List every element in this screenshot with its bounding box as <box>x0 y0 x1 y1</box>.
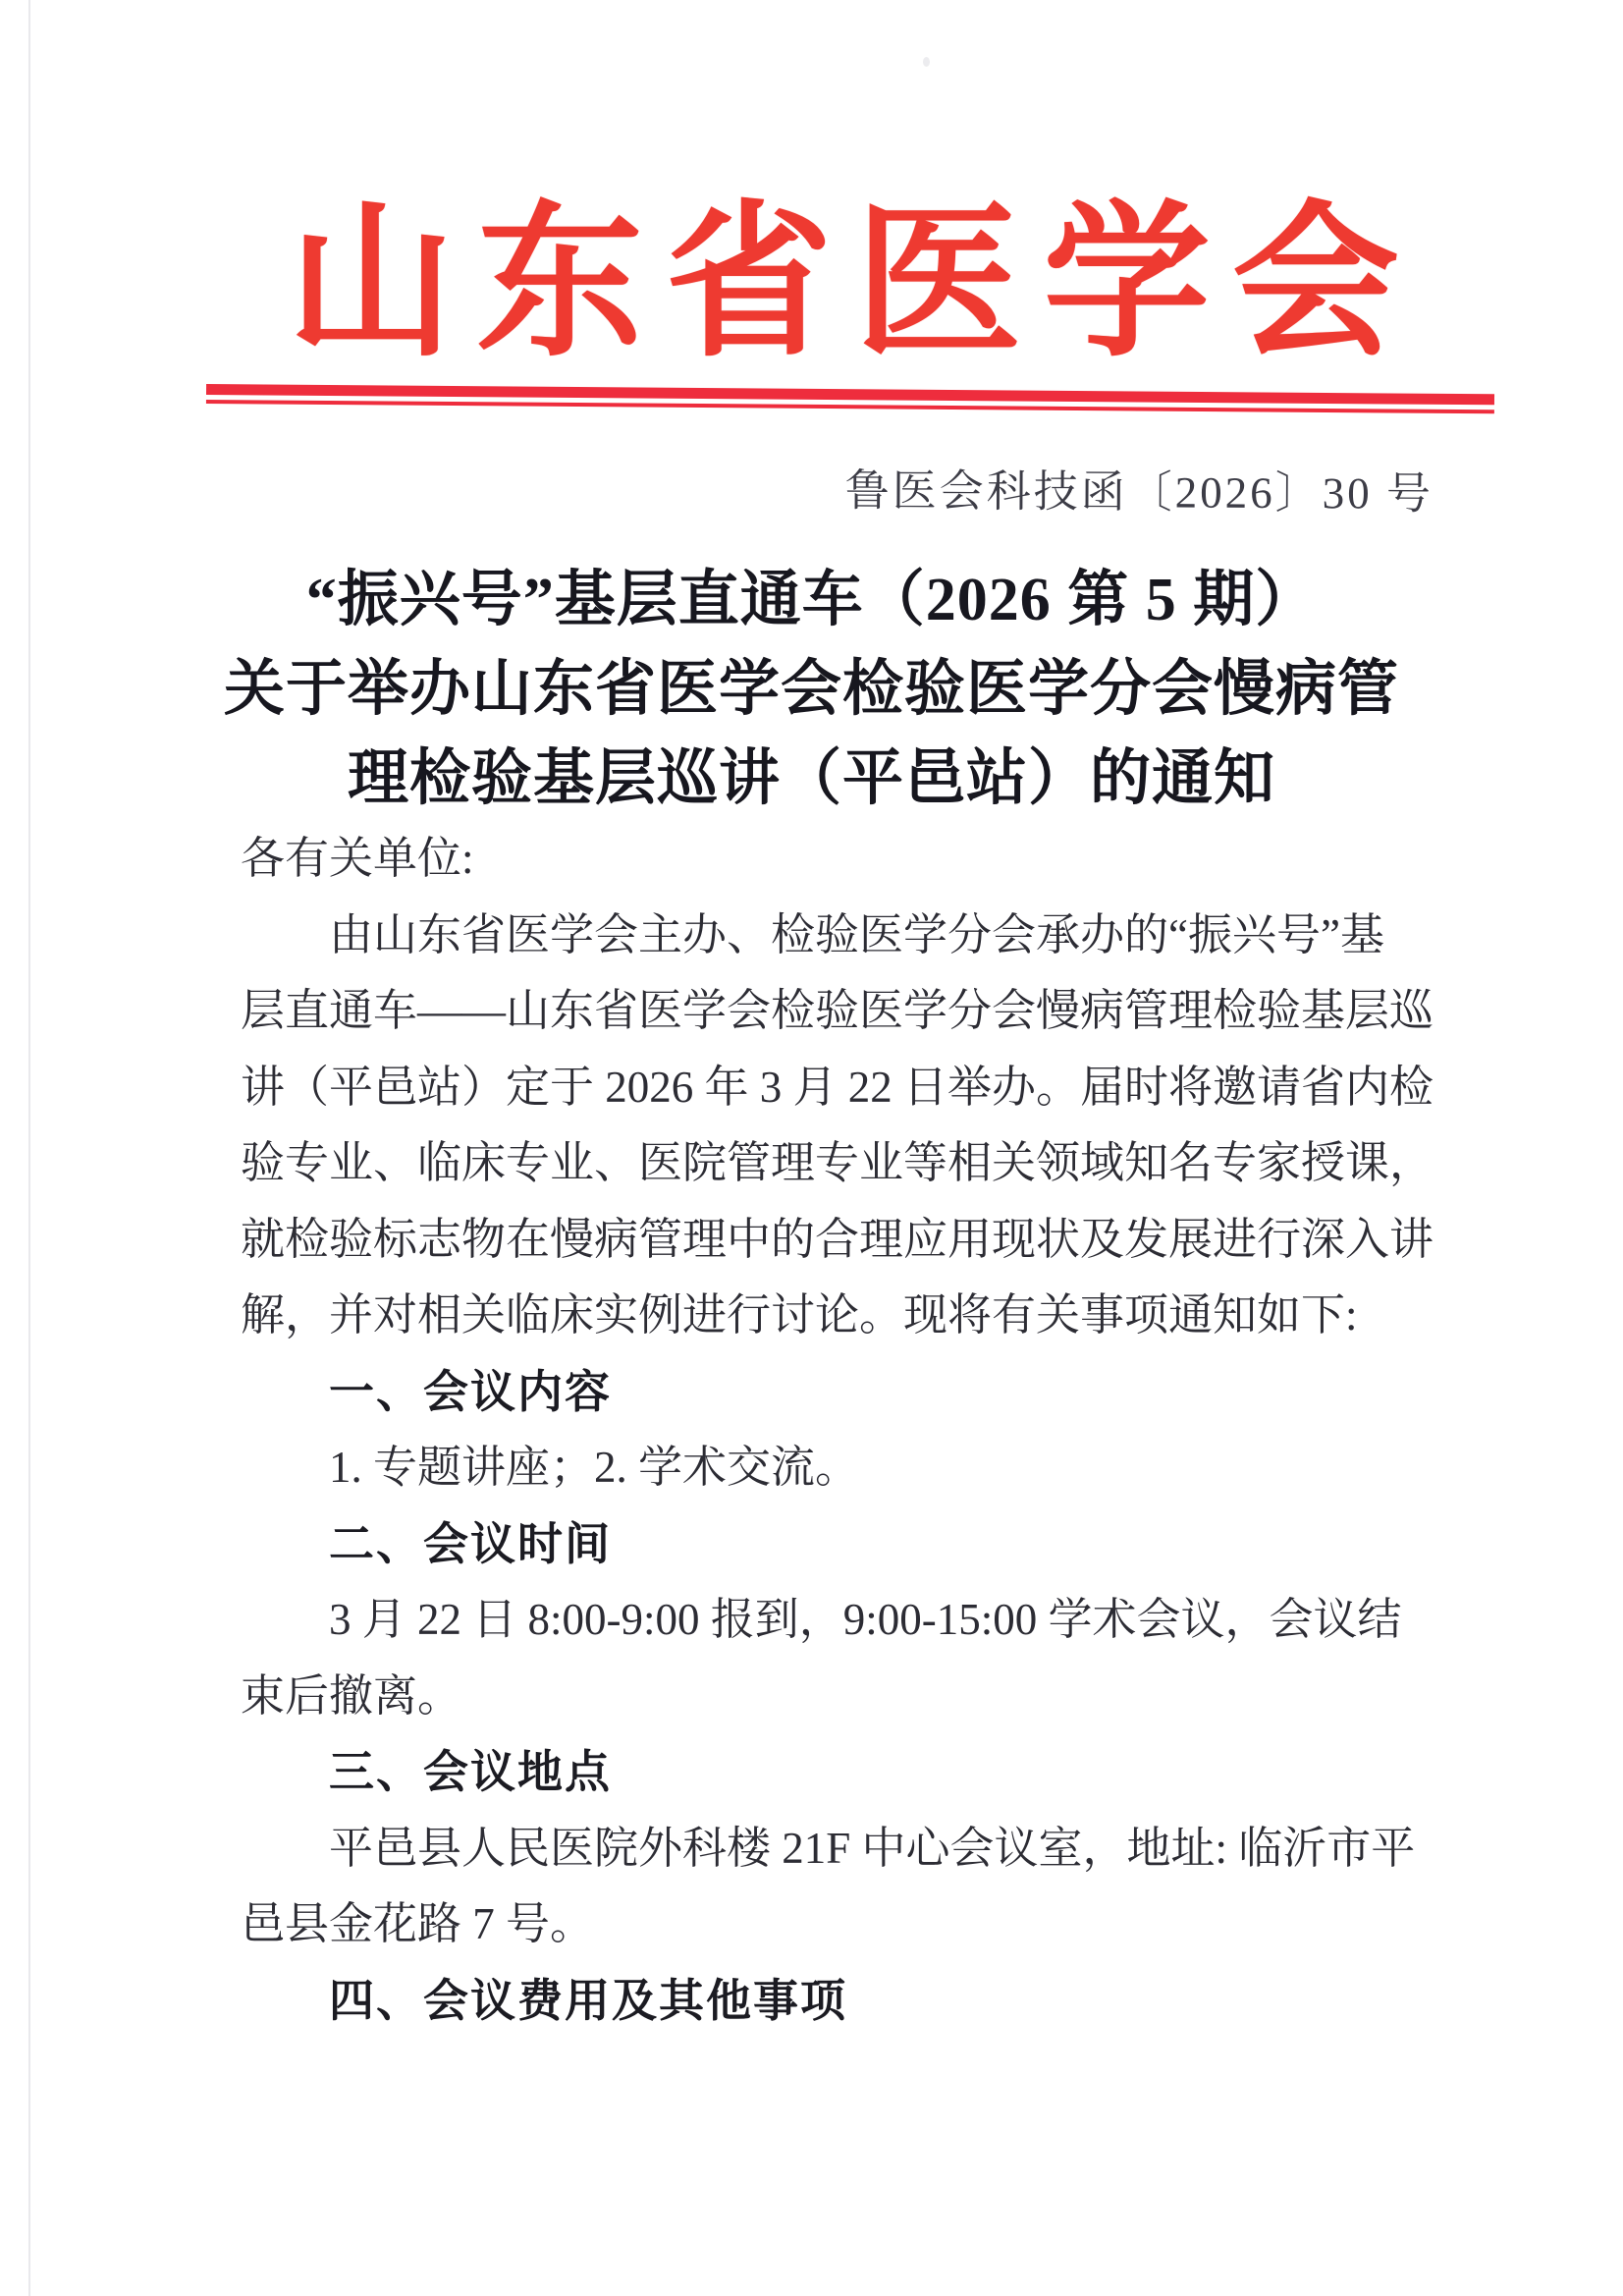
body-line: 验专业、临床专业、医院管理专业等相关领域知名专家授课， <box>241 1125 1458 1202</box>
body-line: 1. 专题讲座；2. 学术交流。 <box>241 1430 1458 1506</box>
body-line: 由山东省医学会主办、检验医学分会承办的“振兴号”基 <box>241 898 1458 974</box>
body-line: 平邑县人民医院外科楼 21F 中心会议室，地址: 临沂市平 <box>241 1811 1458 1887</box>
letterhead-char: 医 <box>854 196 1021 372</box>
body-line: 解，并对相关临床实例进行讨论。现将有关事项通知如下: <box>241 1278 1458 1354</box>
letterhead-char: 学 <box>1044 196 1211 372</box>
letterhead-char: 山 <box>288 196 455 372</box>
title-line-2: 关于举办山东省医学会检验医学分会慢病管 <box>0 645 1623 735</box>
section-heading-1: 一、会议内容 <box>241 1354 1458 1431</box>
letterhead-char: 省 <box>666 196 833 372</box>
letterhead-org-name: 山 东 省 医 学 会 <box>288 196 1399 372</box>
scan-edge-artifact <box>28 0 30 2296</box>
notice-body: 各有关单位: 由山东省医学会主办、检验医学分会承办的“振兴号”基 层直通车——山… <box>241 821 1458 2039</box>
document-page: 山 东 省 医 学 会 鲁医会科技函〔2026〕30 号 “振兴号”基层直通车（… <box>0 0 1623 2296</box>
letterhead-rule <box>206 384 1494 413</box>
section-heading-2: 二、会议时间 <box>241 1506 1458 1583</box>
letterhead-char: 东 <box>476 196 643 372</box>
body-line: 层直通车——山东省医学会检验医学分会慢病管理检验基层巡 <box>241 973 1458 1050</box>
body-line: 束后撤离。 <box>241 1659 1458 1735</box>
section-heading-4: 四、会议费用及其他事项 <box>241 1963 1458 2040</box>
document-title: “振兴号”基层直通车（2026 第 5 期） 关于举办山东省医学会检验医学分会慢… <box>0 556 1623 824</box>
section-heading-3: 三、会议地点 <box>241 1734 1458 1811</box>
reference-number: 鲁医会科技函〔2026〕30 号 <box>0 450 1434 521</box>
letterhead-char: 会 <box>1232 196 1399 372</box>
scan-speck-artifact <box>923 57 930 67</box>
body-line: 邑县金花路 7 号。 <box>241 1886 1458 1963</box>
salutation: 各有关单位: <box>241 821 1458 898</box>
body-line: 讲（平邑站）定于 2026 年 3 月 22 日举办。届时将邀请省内检 <box>241 1050 1458 1126</box>
body-line: 就检验标志物在慢病管理中的合理应用现状及发展进行深入讲 <box>241 1202 1458 1279</box>
title-line-3: 理检验基层巡讲（平邑站）的通知 <box>0 735 1623 824</box>
title-line-1: “振兴号”基层直通车（2026 第 5 期） <box>0 556 1623 645</box>
body-line: 3 月 22 日 8:00-9:00 报到，9:00-15:00 学术会议，会议… <box>241 1582 1458 1659</box>
